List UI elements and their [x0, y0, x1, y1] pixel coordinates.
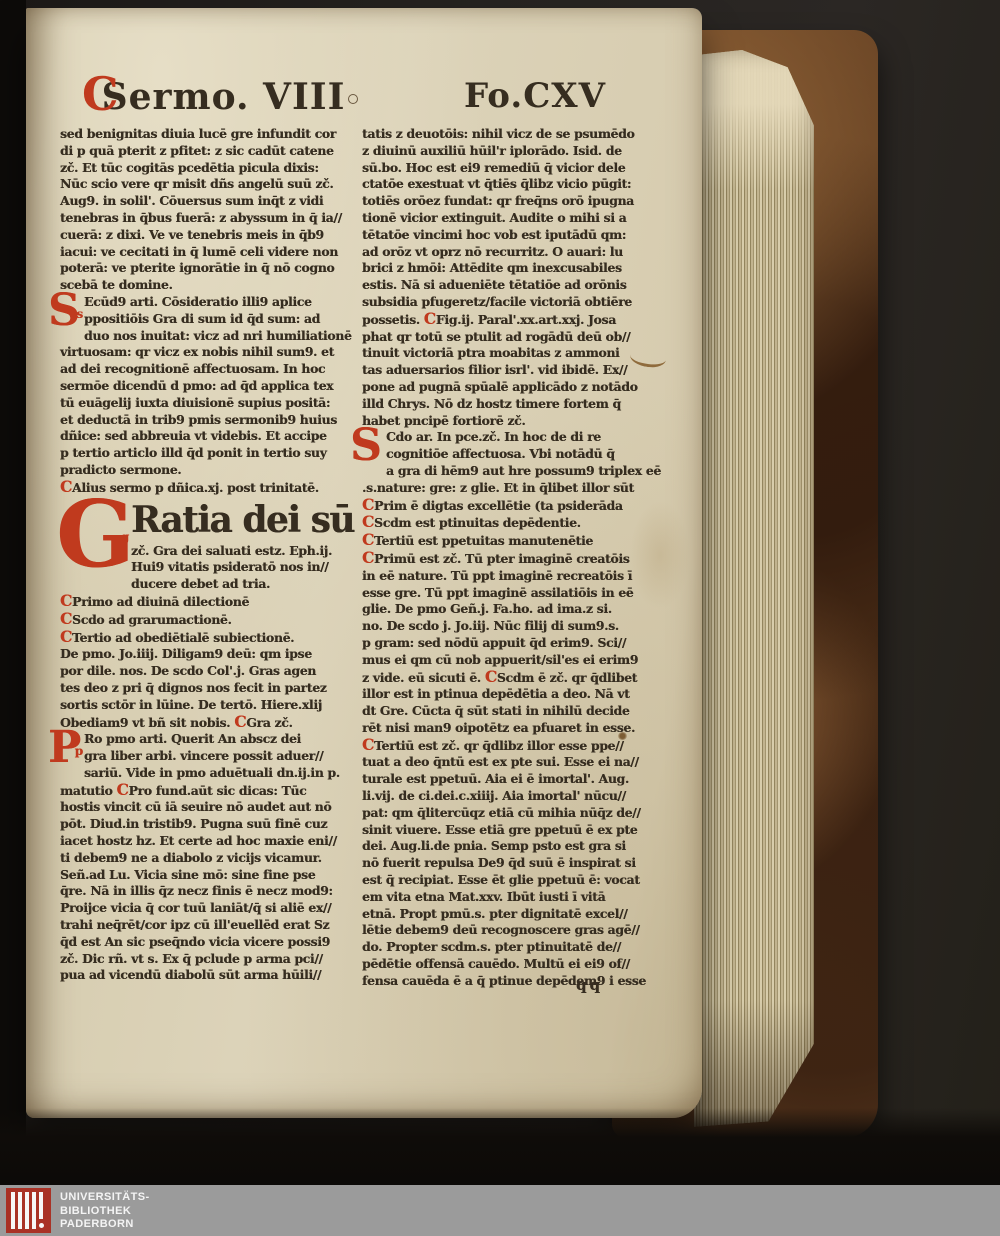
text-line: scebā te domine.	[60, 277, 357, 294]
rubric-mark: C	[485, 667, 497, 686]
wormhole-mark	[618, 732, 627, 740]
text-line: virtuosam: qr vicz ex nobis nihil sum9. …	[60, 344, 357, 361]
text-segment: no. De scdo j. Jo.iij. Nūc filij di sum9…	[362, 618, 619, 633]
library-name-line2: BIBLIOTHEK	[60, 1205, 150, 1219]
photo-background-left	[0, 0, 26, 1185]
guide-letter: p	[75, 735, 83, 767]
text-segment: phat qr totū se ptulit ad rogādū deū ob/…	[362, 329, 630, 344]
text-line: sariū. Vide in pmo aduētuali dn.ij.in p.	[60, 765, 357, 782]
text-segment: Primū est zč. Tū pter imaginē creatōis	[374, 551, 629, 566]
text-line: trahi neq̄rēt/cor ipz cū ill'euellēd era…	[60, 917, 357, 934]
text-line: fensa cauēda ē a q̄ ptinue depēdem9 i es…	[362, 973, 659, 990]
text-segment: di p quā pterit z pfitet: z sic cadūt ca…	[60, 143, 334, 158]
rubric-mark: C	[234, 712, 246, 731]
text-segment: dei. Aug.li.de pnia. Semp psto est gra s…	[362, 838, 626, 853]
text-line: ti debem9 ne a diabolo z vicijs vicamur.	[60, 850, 357, 867]
text-line: a gra di hēm9 aut hre possum9 triplex eē	[362, 463, 659, 480]
text-segment: possetis.	[362, 312, 424, 327]
text-line: hostis vincit cū iā seuire nō audet aut …	[60, 799, 357, 816]
text-line: pēdētie offensā cauēdo. Multū ei ei9 of/…	[362, 956, 659, 973]
text-segment: p tertio articlo illd q̄d ponit in terti…	[60, 445, 327, 460]
text-segment: Scdo ad grarumactionē.	[72, 612, 231, 627]
text-segment: tenebras in q̄bus fuerā: z abyssum in q̄…	[60, 210, 342, 225]
text-segment: li.vij. de ci.dei.c.xiiij. Aia imortal' …	[362, 788, 626, 803]
text-segment: q̄d est An sic pseq̄ndo vicia vicere pos…	[60, 934, 330, 949]
text-line: tas aduersarios filior isrl'. vid ibidē.…	[362, 362, 659, 379]
text-line: CTertiū est ppetuitas manutenētie	[362, 532, 659, 550]
header-rubric-mark: C	[82, 71, 119, 117]
text-segment: pua ad vicendū diabolū sūt arma hūili//	[60, 967, 321, 982]
text-segment: Ro pmo arti. Querit An abscz dei	[84, 731, 301, 746]
text-segment: mus ei qm cū nob appuerit/sil'es ei erim…	[362, 652, 638, 667]
text-line: q̄re. Nā in illis q̄z necz finis ē necz …	[60, 883, 357, 900]
text-segment: turale est ppetuū. Aia ei ē imortal'. Au…	[362, 771, 629, 786]
text-line: tinuit victoriā ptra moabitas z ammoni	[362, 345, 659, 362]
text-line: tuat a deo q̄ntū est ex pte sui. Esse ei…	[362, 754, 659, 771]
text-segment: Obediam9 vt bñ sit nobis.	[60, 715, 234, 730]
rubric-mark: C	[424, 309, 436, 328]
text-segment: a gra di hēm9 aut hre possum9 triplex eē	[386, 463, 661, 478]
text-line: CPrimo ad diuinā dilectionē	[60, 593, 357, 611]
text-segment: Tertiū est ppetuitas manutenētie	[374, 533, 593, 548]
text-line: rēt nisi man9 oipotētz ea pfuaret in ess…	[362, 720, 659, 737]
text-line: et deductā in trib9 pmis sermonib9 huius	[60, 412, 357, 429]
text-segment: q̄re. Nā in illis q̄z necz finis ē necz …	[60, 883, 333, 898]
text-segment: virtuosam: qr vicz ex nobis nihil sum9. …	[60, 344, 334, 359]
text-segment: sermōe dicendū d pmo: ad q̄d applica tex	[60, 378, 333, 393]
text-segment: nō fuerit repulsa De9 q̄d suū ē inspirat…	[362, 855, 636, 870]
text-line: do. Propter scdm.s. pter ptinuitatē de//	[362, 939, 659, 956]
quire-signature: qq	[576, 976, 603, 994]
text-line: Proijce vicia q̄ cor tuū laniāt/q̄ si al…	[60, 900, 357, 917]
text-line: ad orōz vt oprz nō recurritz. O auari: l…	[362, 244, 659, 261]
library-name-line1: UNIVERSITÄTS-	[60, 1191, 150, 1205]
text-segment: Scdm est ptinuitas depēdentie.	[374, 515, 581, 530]
text-segment: cuerā: z dixi. Ve ve tenebris meis in q̄…	[60, 227, 324, 242]
text-segment: Ecūd9 arti. Cōsideratio illi9 aplice	[84, 294, 312, 309]
text-segment: sortis sctōr in lūine. De tertō. Hiere.x…	[60, 697, 322, 712]
text-segment: por dile. nos. De scdo Col'.j. Gras agen	[60, 663, 316, 678]
text-line: phat qr totū se ptulit ad rogādū deū ob/…	[362, 329, 659, 346]
text-segment: subsidia pfugeretz/facile victoriā obtiē…	[362, 294, 632, 309]
text-segment: sū.bo. Hoc est ei9 remediū q̄ vicior del…	[362, 160, 625, 175]
text-column-right: tatis z deuotōis: nihil vicz de se psumē…	[362, 126, 659, 990]
text-segment: matutio	[60, 783, 116, 798]
text-line: De pmo. Jo.iiij. Diligam9 deū: qm ipse	[60, 646, 357, 663]
text-segment: Aug9. in solil'. Cōuersus sum inq̄t z vi…	[60, 193, 323, 208]
text-line: sortis sctōr in lūine. De tertō. Hiere.x…	[60, 697, 357, 714]
text-line: gra liber arbi. vincere possit aduer//	[60, 748, 357, 765]
text-segment: ad dei recognitionē affectuosam. In hoc	[60, 361, 325, 376]
text-line: li.vij. de ci.dei.c.xiiij. Aia imortal' …	[362, 788, 659, 805]
text-segment: et deductā in trib9 pmis sermonib9 huius	[60, 412, 337, 427]
text-segment: pradicto sermone.	[60, 462, 181, 477]
library-logo-icon	[6, 1188, 51, 1233]
text-line: est q̄ recipiat. Esse ēt glie ppetuū ē: …	[362, 872, 659, 889]
rubric-mark: C	[362, 495, 374, 514]
text-segment: illor est in ptinua depēdētia a deo. Nā …	[362, 686, 630, 701]
rubric-mark: C	[362, 530, 374, 549]
text-line: p gram: sed nōdū appuit q̄d erim9. Sci//	[362, 635, 659, 652]
text-line: cuerā: z dixi. Ve ve tenebris meis in q̄…	[60, 227, 357, 244]
text-segment: sariū. Vide in pmo aduētuali dn.ij.in p.	[84, 765, 340, 780]
text-segment: iacet hostz hz. Et certe ad hoc maxie en…	[60, 833, 337, 848]
ink-ring-mark	[348, 94, 358, 104]
text-segment: tuat a deo q̄ntū est ex pte sui. Esse ei…	[362, 754, 639, 769]
text-line: z diuinū auxiliū hūil'r iplorādo. Isid. …	[362, 143, 659, 160]
logo-bar	[32, 1192, 36, 1229]
text-segment: Gra zč.	[246, 715, 292, 730]
text-segment: dt Gre. Cūcta q̄ sūt stati in nihilū dec…	[362, 703, 630, 718]
text-line: CPrim ē digtas excellētie (ta psiderāda	[362, 497, 659, 515]
text-segment: tas aduersarios filior isrl'. vid ibidē.…	[362, 362, 627, 377]
drop-cap-g: Gg	[56, 499, 126, 577]
text-segment: rēt nisi man9 oipotētz ea pfuaret in ess…	[362, 720, 635, 735]
library-name-line3: PADERBORN	[60, 1218, 150, 1232]
text-line: illd Chrys. Nō dz hostz timere fortem q̄	[362, 396, 659, 413]
text-segment: glie. De pmo Geñ.j. Fa.ho. ad ima.z si.	[362, 601, 612, 616]
text-line: CScdo ad grarumactionē.	[60, 611, 357, 629]
text-line: CTertiū est zč. qr q̄dlibz illor esse pp…	[362, 737, 659, 755]
text-segment: Tertio ad obediētialē subiectionē.	[72, 630, 294, 645]
text-line: pua ad vicendū diabolū sūt arma hūili//	[60, 967, 357, 984]
text-line: tatis z deuotōis: nihil vicz de se psumē…	[362, 126, 659, 143]
text-line: zč. Dic rñ. vt s. Ex q̄ pclude p arma pc…	[60, 951, 357, 968]
text-line: sū.bo. Hoc est ei9 remediū q̄ vicior del…	[362, 160, 659, 177]
text-segment: zč. Et tūc cogitās pcedētia picula dixis…	[60, 160, 319, 175]
text-segment: dñice: sed abbreuia vt videbis. Et accip…	[60, 428, 327, 443]
text-line: matutio CPro fund.aūt sic dicas: Tūc	[60, 782, 357, 800]
text-segment: gra liber arbi. vincere possit aduer//	[84, 748, 323, 763]
text-line: Obediam9 vt bñ sit nobis. CGra zč.	[60, 714, 357, 732]
text-segment: Ratia dei sū	[131, 499, 354, 541]
text-line: ppositiōis Gra di sum id q̄d sum: ad	[60, 311, 357, 328]
text-line: poterā: ve pterite ignorātie in q̄ nō co…	[60, 260, 357, 277]
text-segment: pone ad pugnā spūalē applicādo z notādo	[362, 379, 638, 394]
text-line: possetis. CFig.ij. Paral'.xx.art.xxj. Jo…	[362, 311, 659, 329]
text-segment: Cdo ar. In pce.zč. In hoc de di re	[386, 429, 601, 444]
text-segment: ppositiōis Gra di sum id q̄d sum: ad	[84, 311, 320, 326]
text-segment: duo nos inuitat: vicz ad nri humiliation…	[84, 328, 352, 343]
text-line: dei. Aug.li.de pnia. Semp psto est gra s…	[362, 838, 659, 855]
text-segment: lētie debem9 deū recognoscere gras agē//	[362, 922, 640, 937]
text-segment: Fig.ij. Paral'.xx.art.xxj. Josa	[436, 312, 616, 327]
text-segment: pēdētie offensā cauēdo. Multū ei ei9 of/…	[362, 956, 630, 971]
text-line: em vita etna Mat.xxv. Ibūt iusti ī vitā	[362, 889, 659, 906]
rubric-mark: C	[362, 548, 374, 567]
library-watermark-bar: UNIVERSITÄTS- BIBLIOTHEK PADERBORN	[0, 1185, 1000, 1236]
text-segment: tinuit victoriā ptra moabitas z ammoni	[362, 345, 619, 360]
text-line: sed benignitas diuia lucē gre infundit c…	[60, 126, 357, 143]
text-segment: Señ.ad Lu. Vicia sine mō: sine fine pse	[60, 867, 315, 882]
text-column-left: sed benignitas diuia lucē gre infundit c…	[60, 126, 357, 984]
text-segment: .s.nature: gre: z glie. Et in q̄libet il…	[362, 480, 634, 495]
text-line: iacet hostz hz. Et certe ad hoc maxie en…	[60, 833, 357, 850]
text-line: tenebras in q̄bus fuerā: z abyssum in q̄…	[60, 210, 357, 227]
text-line: sermōe dicendū d pmo: ad q̄d applica tex	[60, 378, 357, 395]
text-segment: Nūc scio vere qr misit dñs angelū suū zč…	[60, 176, 333, 191]
text-segment: De pmo. Jo.iiij. Diligam9 deū: qm ipse	[60, 646, 312, 661]
text-segment: ducere debet ad tria.	[131, 576, 270, 591]
text-segment: Proijce vicia q̄ cor tuū laniāt/q̄ si al…	[60, 900, 331, 915]
logo-bar	[39, 1192, 43, 1219]
text-segment: sed benignitas diuia lucē gre infundit c…	[60, 126, 336, 141]
rubric-mark: C	[60, 591, 72, 610]
text-line: glie. De pmo Geñ.j. Fa.ho. ad ima.z si.	[362, 601, 659, 618]
text-line: ad dei recognitionē affectuosam. In hoc	[60, 361, 357, 378]
text-segment: sinit viuere. Esse etiā gre ppetuū ē ex …	[362, 822, 637, 837]
sermon-title: Sermo. VIII	[102, 76, 346, 118]
logo-bar	[11, 1192, 15, 1229]
text-segment: pōt. Diud.in tristib9. Pugna suū finē cu…	[60, 816, 327, 831]
text-segment: Tertiū est zč. qr q̄dlibz illor esse ppe…	[374, 738, 624, 753]
text-segment: tes deo z pri q̄ dignos nos fecit in par…	[60, 680, 327, 695]
text-line: in eē nature. Tū ppt imaginē recreatōis …	[362, 568, 659, 585]
text-segment: do. Propter scdm.s. pter ptinuitatē de//	[362, 939, 621, 954]
text-line: CScdm est ptinuitas depēdentie.	[362, 514, 659, 532]
text-line: dñice: sed abbreuia vt videbis. Et accip…	[60, 428, 357, 445]
text-segment: tatis z deuotōis: nihil vicz de se psumē…	[362, 126, 634, 141]
text-line: lētie debem9 deū recognoscere gras agē//	[362, 922, 659, 939]
text-line: totiēs orōez fundat: qr freq̄ns orō ipug…	[362, 193, 659, 210]
text-line: Ro pmo arti. Querit An abscz dei	[60, 731, 357, 748]
text-segment: tētatōe vincimi hoc vob est iputādū qm:	[362, 227, 626, 242]
text-line: habet pncipē fortiorē zč.	[362, 413, 659, 430]
rubric-mark: C	[362, 735, 374, 754]
text-segment: Prim ē digtas excellētie (ta psiderāda	[374, 498, 623, 513]
text-line: etnā. Propt pmū.s. pter dignitatē excel/…	[362, 906, 659, 923]
text-segment: habet pncipē fortiorē zč.	[362, 413, 525, 428]
drop-cap-s: Ss	[48, 295, 80, 328]
text-segment: poterā: ve pterite ignorātie in q̄ nō co…	[60, 260, 334, 275]
text-segment: Primo ad diuinā dilectionē	[72, 594, 249, 609]
text-line: pone ad pugnā spūalē applicādo z notādo	[362, 379, 659, 396]
folio-number: Fo.CXV	[464, 72, 606, 120]
text-line: CPrimū est zč. Tū pter imaginē creatōis	[362, 550, 659, 568]
text-segment: totiēs orōez fundat: qr freq̄ns orō ipug…	[362, 193, 634, 208]
text-line: turale est ppetuū. Aia ei ē imortal'. Au…	[362, 771, 659, 788]
text-segment: z diuinū auxiliū hūil'r iplorādo. Isid. …	[362, 143, 622, 158]
text-line: Señ.ad Lu. Vicia sine mō: sine fine pse	[60, 867, 357, 884]
text-segment: zč. Gra dei saluati estz. Eph.ij.	[131, 543, 332, 558]
text-segment: est q̄ recipiat. Esse ēt glie ppetuū ē: …	[362, 872, 640, 887]
text-line: mus ei qm cū nob appuerit/sil'es ei erim…	[362, 652, 659, 669]
text-line: z vide. eū sicuti ē. CScdm ē zč. qr q̄dl…	[362, 669, 659, 687]
text-segment: Pro fund.aūt sic dicas: Tūc	[129, 783, 307, 798]
drop-cap-p: Pp	[48, 732, 80, 765]
text-line: por dile. nos. De scdo Col'.j. Gras agen	[60, 663, 357, 680]
text-line: subsidia pfugeretz/facile victoriā obtiē…	[362, 294, 659, 311]
text-segment: cognitiōe affectuosa. Vbi notādū q̄	[386, 446, 615, 461]
text-line: pat: qm q̄litercūqz etiā cū mihia nūq̄z …	[362, 805, 659, 822]
logo-bar	[25, 1192, 29, 1229]
text-segment: zč. Dic rñ. vt s. Ex q̄ pclude p arma pc…	[60, 951, 323, 966]
guide-letter: g	[121, 502, 129, 572]
text-segment: etnā. Propt pmū.s. pter dignitatē excel/…	[362, 906, 627, 921]
page-header: CSermo. VIII Fo.CXV	[82, 70, 662, 124]
text-line: q̄d est An sic pseq̄ndo vicia vicere pos…	[60, 934, 357, 951]
logo-dot	[39, 1223, 44, 1228]
text-line: duo nos inuitat: vicz ad nri humiliation…	[60, 328, 357, 345]
text-line: CTertio ad obediētialē subiectionē.	[60, 629, 357, 647]
text-segment: Hui9 vitatis psideratō nos in//	[131, 559, 329, 574]
text-line: nō fuerit repulsa De9 q̄d suū ē inspirat…	[362, 855, 659, 872]
logo-bar	[18, 1192, 22, 1229]
text-line: pōt. Diud.in tristib9. Pugna suū finē cu…	[60, 816, 357, 833]
text-segment: tionē vicior extinguit. Audite o mihi si…	[362, 210, 626, 225]
fore-edge-page-stack	[694, 50, 814, 1130]
guide-letter: s	[76, 298, 83, 330]
text-segment: brici z hmōi: Attēdite qm inexcusabiles	[362, 260, 622, 275]
text-segment: z vide. eū sicuti ē.	[362, 670, 485, 685]
text-segment: ad orōz vt oprz nō recurritz. O auari: l…	[362, 244, 623, 259]
book-photo: CSermo. VIII Fo.CXV sed benignitas diuia…	[0, 0, 1000, 1236]
text-line: estis. Nā si adueniēte tētatiōe ad orōni…	[362, 277, 659, 294]
text-segment: iacui: ve cecitati in q̄ lumē celi vider…	[60, 244, 338, 259]
library-name: UNIVERSITÄTS- BIBLIOTHEK PADERBORN	[60, 1191, 150, 1232]
text-line: tū euāgelij iuxta diuisionē supius posit…	[60, 395, 357, 412]
text-line: no. De scdo j. Jo.iij. Nūc filij di sum9…	[362, 618, 659, 635]
text-line: illor est in ptinua depēdētia a deo. Nā …	[362, 686, 659, 703]
text-line: pradicto sermone.	[60, 462, 357, 479]
text-segment: fensa cauēda ē a q̄ ptinue depēdem9 i es…	[362, 973, 646, 988]
text-line: iacui: ve cecitati in q̄ lumē celi vider…	[60, 244, 357, 261]
text-line: Aug9. in solil'. Cōuersus sum inq̄t z vi…	[60, 193, 357, 210]
rubric-mark: C	[362, 512, 374, 531]
text-line: ctatōe exestuat vt q̄tiēs q̄libz vicio p…	[362, 176, 659, 193]
rubric-mark: C	[116, 780, 128, 799]
text-segment: illd Chrys. Nō dz hostz timere fortem q̄	[362, 396, 621, 411]
drop-cap-s: S	[350, 430, 382, 463]
text-segment: Scdm ē zč. qr q̄dlibet	[497, 670, 637, 685]
text-segment: in eē nature. Tū ppt imaginē recreatōis …	[362, 568, 632, 583]
rubric-mark: C	[60, 609, 72, 628]
text-line: Cdo ar. In pce.zč. In hoc de di re	[362, 429, 659, 446]
text-line: di p quā pterit z pfitet: z sic cadūt ca…	[60, 143, 357, 160]
text-segment: trahi neq̄rēt/cor ipz cū ill'euellēd era…	[60, 917, 329, 932]
text-line: Ecūd9 arti. Cōsideratio illi9 aplice	[60, 294, 357, 311]
text-segment: ti debem9 ne a diabolo z vicijs vicamur.	[60, 850, 322, 865]
text-line: tes deo z pri q̄ dignos nos fecit in par…	[60, 680, 357, 697]
text-line: brici z hmōi: Attēdite qm inexcusabiles	[362, 260, 659, 277]
text-segment: esse gre. Tū ppt imaginē assilatiōis in …	[362, 585, 633, 600]
text-line: tētatōe vincimi hoc vob est iputādū qm:	[362, 227, 659, 244]
text-line: esse gre. Tū ppt imaginē assilatiōis in …	[362, 585, 659, 602]
text-line: sinit viuere. Esse etiā gre ppetuū ē ex …	[362, 822, 659, 839]
text-line: tionē vicior extinguit. Audite o mihi si…	[362, 210, 659, 227]
text-line: p tertio articlo illd q̄d ponit in terti…	[60, 445, 357, 462]
text-segment: pat: qm q̄litercūqz etiā cū mihia nūq̄z …	[362, 805, 641, 820]
text-line: dt Gre. Cūcta q̄ sūt stati in nihilū dec…	[362, 703, 659, 720]
text-line: zč. Et tūc cogitās pcedētia picula dixis…	[60, 160, 357, 177]
text-line: Nūc scio vere qr misit dñs angelū suū zč…	[60, 176, 357, 193]
text-segment: estis. Nā si adueniēte tētatiōe ad orōni…	[362, 277, 626, 292]
text-segment: p gram: sed nōdū appuit q̄d erim9. Sci//	[362, 635, 626, 650]
text-segment: ctatōe exestuat vt q̄tiēs q̄libz vicio p…	[362, 176, 631, 191]
text-segment: em vita etna Mat.xxv. Ibūt iusti ī vitā	[362, 889, 605, 904]
text-segment: hostis vincit cū iā seuire nō audet aut …	[60, 799, 331, 814]
text-segment: tū euāgelij iuxta diuisionē supius posit…	[60, 395, 330, 410]
text-line: .s.nature: gre: z glie. Et in q̄libet il…	[362, 480, 659, 497]
book-bottom-shadow	[0, 1108, 1000, 1185]
text-line: cognitiōe affectuosa. Vbi notādū q̄	[362, 446, 659, 463]
rubric-mark: C	[60, 627, 72, 646]
